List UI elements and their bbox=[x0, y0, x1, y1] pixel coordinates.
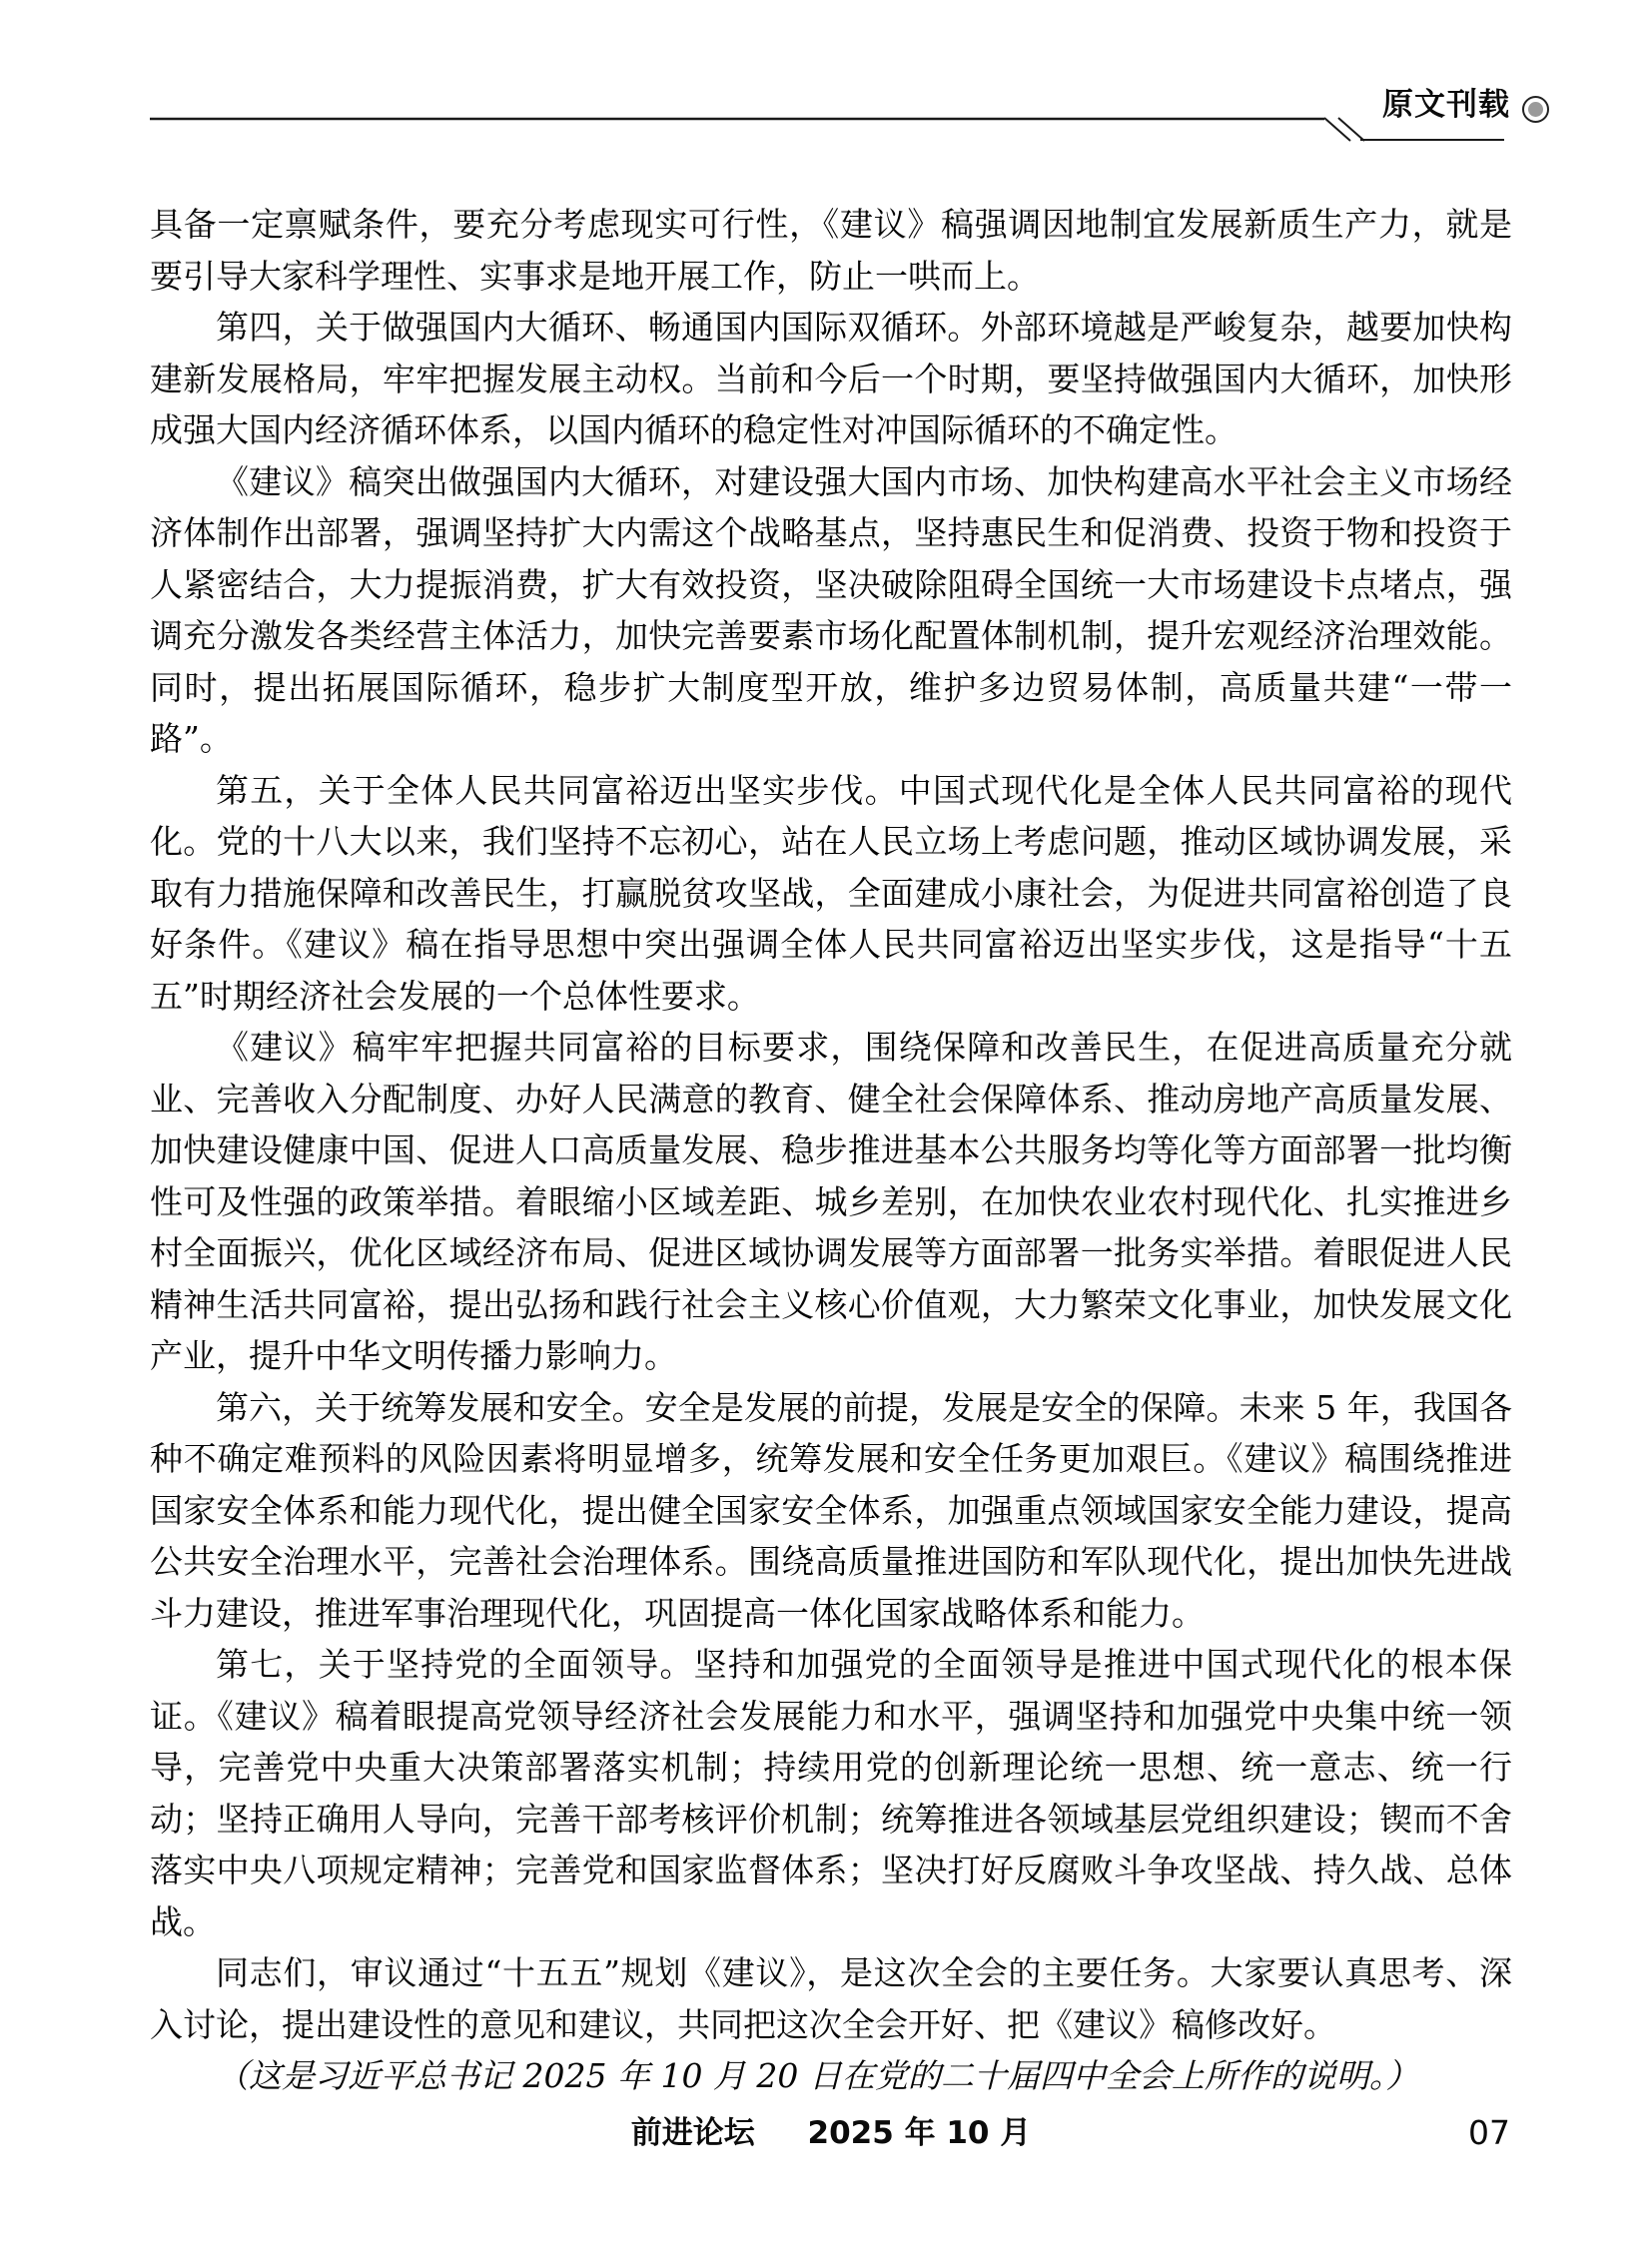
section-label: 原文刊载 bbox=[1374, 86, 1510, 124]
header-rule bbox=[0, 0, 1652, 170]
footer-journal-name: 前进论坛 bbox=[631, 2111, 755, 2155]
footer-center: 前进论坛 2025 年 10 月 bbox=[150, 2111, 1512, 2155]
page: 原文刊载 具备一定禀赋条件，要充分考虑现实可行性，《建议》稿强调因地制宜发展新质… bbox=[0, 0, 1652, 2242]
bullseye-icon bbox=[1522, 96, 1549, 123]
page-footer: 前进论坛 2025 年 10 月 07 bbox=[150, 2111, 1512, 2155]
footer-issue: 2025 年 10 月 bbox=[808, 2111, 1032, 2155]
paragraph: 第六，关于统筹发展和安全。安全是发展的前提，发展是安全的保障。未来 5 年，我国… bbox=[150, 1382, 1512, 1640]
paragraph: 《建议》稿牢牢把握共同富裕的目标要求，围绕保障和改善民生，在促进高质量充分就业、… bbox=[150, 1022, 1512, 1382]
page-number: 07 bbox=[1468, 2111, 1510, 2155]
paragraph: 同志们，审议通过“十五五”规划《建议》，是这次全会的主要任务。大家要认真思考、深… bbox=[150, 1947, 1512, 2050]
paragraph: 第五，关于全体人民共同富裕迈出坚实步伐。中国式现代化是全体人民共同富裕的现代化。… bbox=[150, 765, 1512, 1023]
paragraph: 《建议》稿突出做强国内大循环，对建设强大国内市场、加快构建高水平社会主义市场经济… bbox=[150, 456, 1512, 765]
closing-note: （这是习近平总书记 2025 年 10 月 20 日在党的二十届四中全会上所作的… bbox=[150, 2050, 1512, 2102]
paragraph: 具备一定禀赋条件，要充分考虑现实可行性，《建议》稿强调因地制宜发展新质生产力，就… bbox=[150, 199, 1512, 302]
paragraph: 第七，关于坚持党的全面领导。坚持和加强党的全面领导是推进中国式现代化的根本保证。… bbox=[150, 1639, 1512, 1947]
paragraph: 第四，关于做强国内大循环、畅通国内国际双循环。外部环境越是严峻复杂，越要加快构建… bbox=[150, 302, 1512, 456]
bullseye-dot bbox=[1528, 102, 1543, 117]
article-body: 具备一定禀赋条件，要充分考虑现实可行性，《建议》稿强调因地制宜发展新质生产力，就… bbox=[150, 199, 1512, 2102]
